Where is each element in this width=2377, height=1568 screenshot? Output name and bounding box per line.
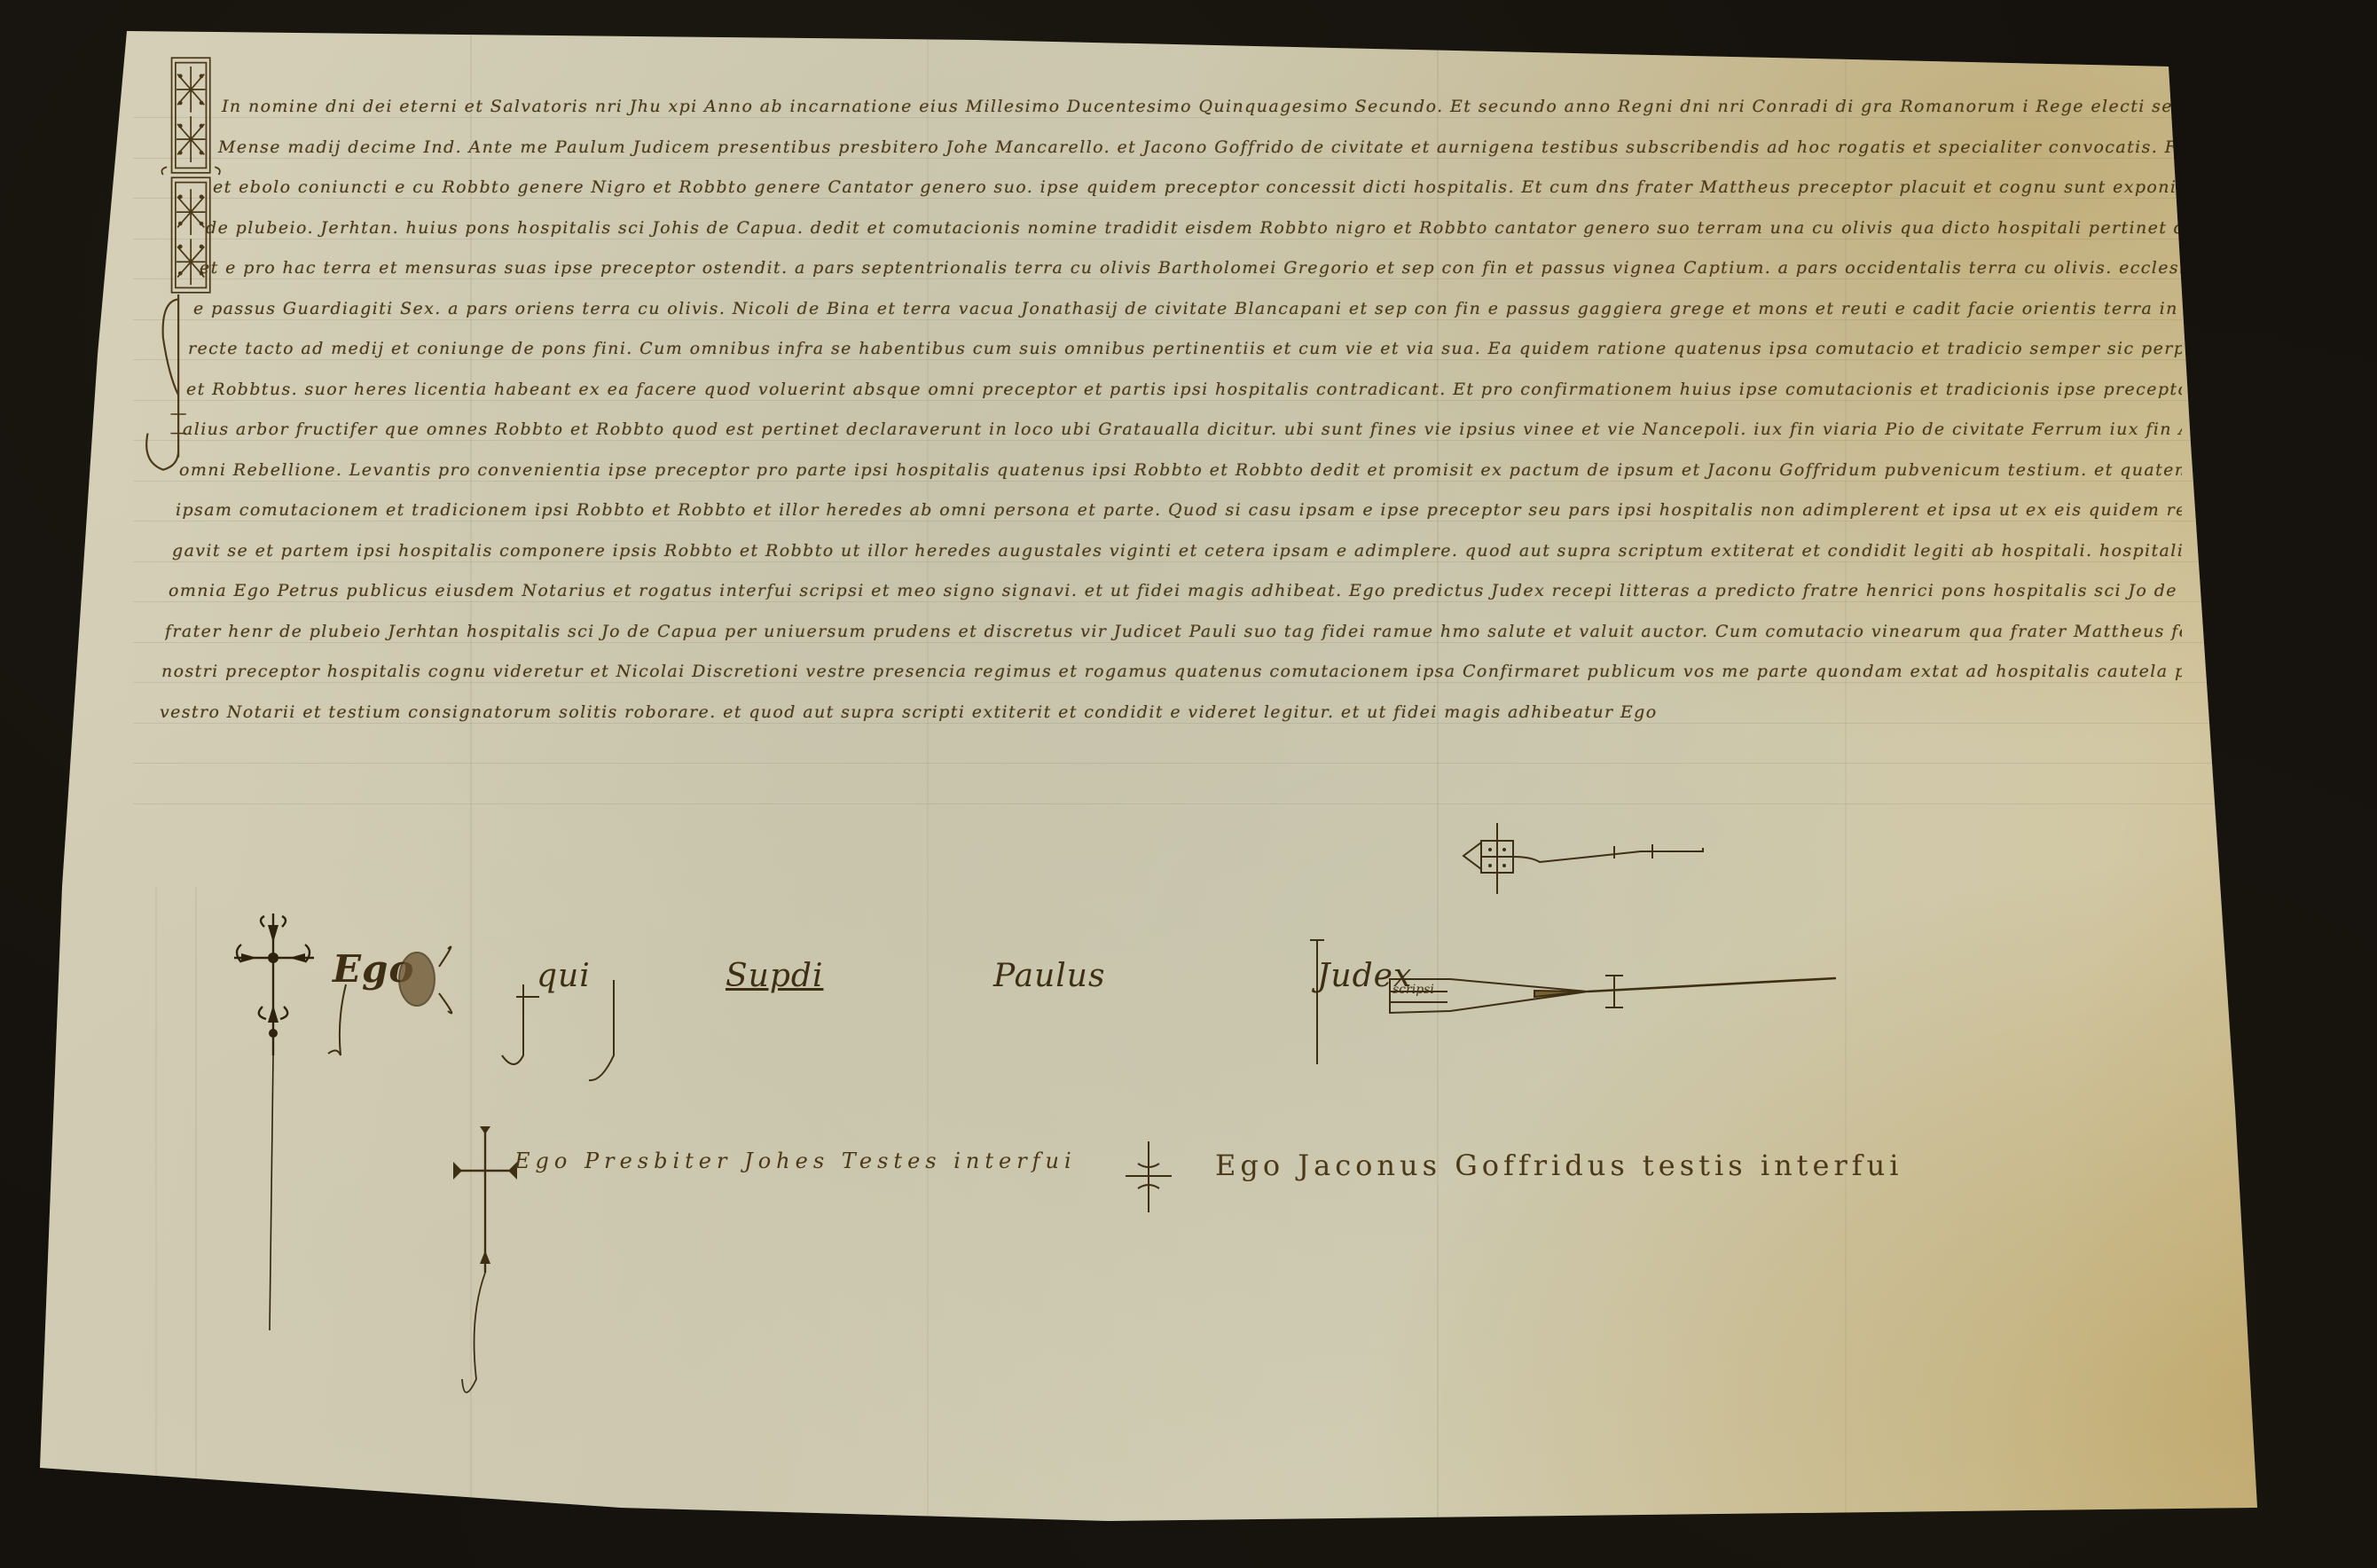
text-line-1: In nomine dni dei eterni et Salvatoris n… <box>186 87 2182 128</box>
text-line-9: alius arbor fructifer que omnes Robbto e… <box>183 410 2182 451</box>
judex-pen-inscription: scripsi <box>1392 983 1434 997</box>
text-line-8: et Robbtus. suor heres licentia habeant … <box>186 370 2182 411</box>
notarial-signum-icon <box>1437 816 1738 896</box>
text-line-3: et ebolo coniuncti e cu Robbto genere Ni… <box>186 168 2182 208</box>
text-line-11: ipsam comutacionem et tradicionem ipsi R… <box>176 490 2182 531</box>
charter-body-text: In nomine dni dei eterni et Salvatoris n… <box>186 87 2182 733</box>
text-line-16: vestro Notarii et testium consignatorum … <box>160 693 1712 733</box>
ruling-line <box>133 763 2217 764</box>
text-line-15: nostri preceptor hospitalis cognu videre… <box>161 652 2182 693</box>
text-line-10: omni Rebellione. Levantis pro convenient… <box>179 451 2182 491</box>
text-line-14: frater henr de plubeio Jerhtan hospitali… <box>165 612 2182 653</box>
witness-signature-presbiter: Ego Presbiter Johes Testes interfui <box>514 1149 1077 1173</box>
text-line-4: de plubeio. Jerhtan. huius pons hospital… <box>186 208 2182 249</box>
text-line-2: Mense madij decime Ind. Ante me Paulum J… <box>186 128 2182 169</box>
text-line-7: recte tacto ad medij et coniunge de pons… <box>186 329 2182 370</box>
witness-signature-jaconus: Ego Jaconus Goffridus testis interfui <box>1215 1149 1902 1182</box>
parchment-sheet: In nomine dni dei eterni et Salvatoris n… <box>0 0 2377 1568</box>
text-line-6: e passus Guardiagiti Sex. a pars oriens … <box>186 289 2182 330</box>
text-line-5: et e pro hac terra et mensuras suas ipse… <box>186 248 2182 289</box>
ruling-line <box>133 804 2217 804</box>
margin-ruling-line <box>155 887 157 1508</box>
signature-flourishes-icon <box>204 887 1978 1100</box>
witness-signum-icon <box>1122 1137 1175 1217</box>
margin-ruling-line <box>195 887 197 1508</box>
witness-cross-icon <box>448 1122 519 1423</box>
text-line-13: omnia Ego Petrus publicus eiusdem Notari… <box>169 571 2182 612</box>
text-line-12: gavit se et partem ipsi hospitalis compo… <box>172 531 2182 572</box>
